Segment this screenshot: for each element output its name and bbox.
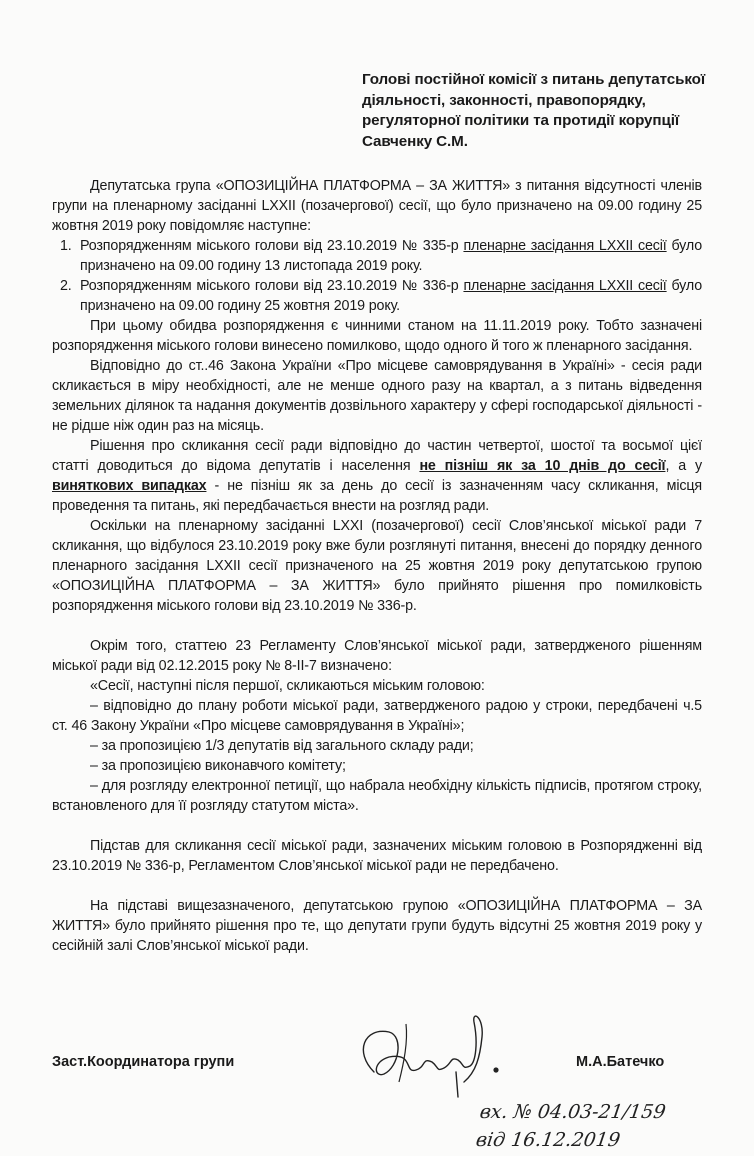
list-number: 1. <box>60 236 80 256</box>
emphasis-exceptional: виняткових випадках <box>52 478 206 494</box>
letter-body: Депутатська група «ОПОЗИЦІЙНА ПЛАТФОРМА … <box>52 176 702 956</box>
since-paragraph: Оскільки на пленарному засіданні LXXI (п… <box>52 516 702 616</box>
besides-paragraph: Окрім того, статтею 23 Регламенту Слов’я… <box>52 636 702 676</box>
registration-date: від 16.12.2019 <box>474 1126 663 1154</box>
addressee-line: Голові постійної комісії з питань депута… <box>362 70 742 91</box>
addressee-line: діяльності, законності, правопорядку, <box>362 91 742 112</box>
underlined-phrase: пленарне засідання LXXII сесії <box>463 238 666 254</box>
underlined-phrase: пленарне засідання LXXII сесії <box>463 278 666 294</box>
decision-paragraph: Рішення про скликання сесії ради відпові… <box>52 436 702 516</box>
list-item: 2.Розпорядженням міського голови від 23.… <box>52 276 702 316</box>
quote-item: – за пропозицією 1/3 депутатів від загал… <box>52 736 702 756</box>
incoming-registration-note: вх. № 04.03-21/159 від 16.12.2019 <box>474 1098 667 1154</box>
signatory-role: Заст.Координатора групи <box>52 1054 234 1070</box>
addressee-name: Савченку С.М. <box>362 132 742 153</box>
list-item: 1.Розпорядженням міського голови від 23.… <box>52 236 702 276</box>
emphasis-deadline: не пізніш як за 10 днів до сесії <box>419 458 665 474</box>
signatory-name: М.А.Батечко <box>576 1054 664 1070</box>
quote-item: – відповідно до плану роботи міської рад… <box>52 696 702 736</box>
addressee-block: Голові постійної комісії з питань депута… <box>362 70 742 152</box>
conclusion-paragraph: На підставі вищезазначеного, депутатсько… <box>52 896 702 956</box>
validity-paragraph: При цьому обидва розпорядження є чинними… <box>52 316 702 356</box>
quote-lead: «Сесії, наступні після першої, скликають… <box>52 676 702 696</box>
quote-item: – для розгляду електронної петиції, що н… <box>52 776 702 816</box>
addressee-line: регуляторної політики та протидії корупц… <box>362 111 742 132</box>
grounds-paragraph: Підстав для скликання сесії міської ради… <box>52 836 702 876</box>
quote-item: – за пропозицією виконавчого комітету; <box>52 756 702 776</box>
registration-number: вх. № 04.03-21/159 <box>478 1098 667 1126</box>
law-paragraph: Відповідно до ст..46 Закона України «Про… <box>52 356 702 436</box>
list-number: 2. <box>60 276 80 296</box>
intro-paragraph: Депутатська група «ОПОЗИЦІЙНА ПЛАТФОРМА … <box>52 176 702 236</box>
document-page: Голові постійної комісії з питань депута… <box>0 0 754 1156</box>
handwritten-signature-icon <box>344 1012 524 1102</box>
